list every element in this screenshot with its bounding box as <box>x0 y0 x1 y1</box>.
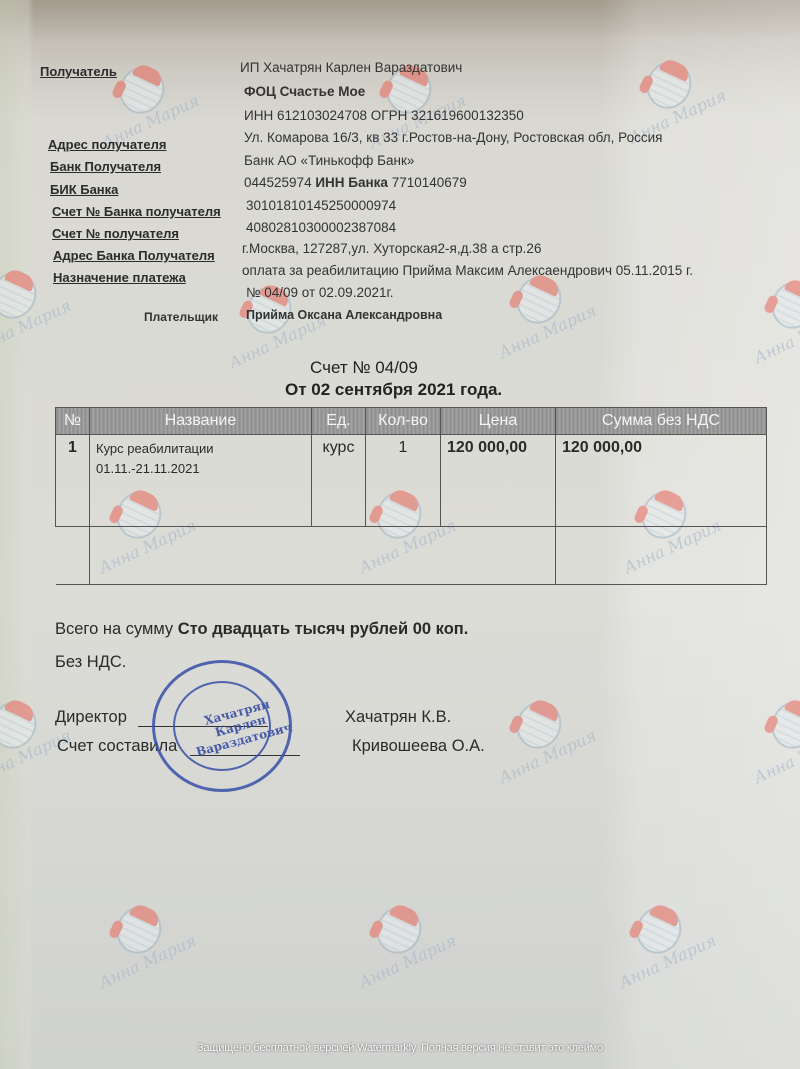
address-value: Ул. Комарова 16/3, кв 33 г.Ростов-на-Дон… <box>244 130 662 145</box>
purpose-line1: оплата за реабилитацию Прийма Максим Але… <box>242 263 693 278</box>
recipient-label: Получатель <box>40 64 117 79</box>
invoice-date: От 02 сентября 2021 года. <box>285 380 502 400</box>
col-unit: Ед. <box>312 408 366 435</box>
corr-account-label: Счет № Банка получателя <box>52 204 221 219</box>
director-name: Хачатрян К.В. <box>345 708 451 727</box>
invoice-title: Счет № 04/09 <box>310 358 418 378</box>
row-price: 120 000,00 <box>441 435 556 527</box>
bank-address-label: Адрес Банка Получателя <box>53 248 215 263</box>
table-row: 1 Курс реабилитации01.11.-21.11.2021 кур… <box>56 435 767 527</box>
col-qty: Кол-во <box>366 408 441 435</box>
account-label: Счет № получателя <box>52 226 179 241</box>
col-sum: Сумма без НДС <box>556 408 767 435</box>
composer-name: Кривошеева О.А. <box>352 737 485 756</box>
purpose-line2: № 04/09 от 02.09.2021г. <box>246 285 394 300</box>
payer-value: Прийма Оксана Александровна <box>246 308 442 322</box>
table-row-empty <box>56 527 767 585</box>
vat-note: Без НДС. <box>55 653 126 672</box>
table-header-row: № Название Ед. Кол-во Цена Сумма без НДС <box>56 408 767 435</box>
row-unit: курс <box>312 435 366 527</box>
row-sum: 120 000,00 <box>556 435 767 527</box>
purpose-label: Назначение платежа <box>53 270 186 285</box>
address-label: Адрес получателя <box>48 137 167 152</box>
recipient-value: ИП Хачатрян Карлен Вараздатович <box>240 60 462 75</box>
bank-address-value: г.Москва, 127287,ул. Хуторская2-я,д.38 а… <box>242 241 541 256</box>
invoice-table: № Название Ед. Кол-во Цена Сумма без НДС… <box>55 407 767 585</box>
corr-account-value: 30101810145250000974 <box>246 198 396 213</box>
row-name: Курс реабилитации01.11.-21.11.2021 <box>90 435 312 527</box>
director-label: Директор <box>55 708 127 727</box>
row-num: 1 <box>56 435 90 527</box>
account-value: 40802810300002387084 <box>246 220 396 235</box>
col-name: Название <box>90 408 312 435</box>
payer-label: Плательщик <box>144 310 218 324</box>
recipient-ids: ИНН 612103024708 ОГРН 321619600132350 <box>244 108 524 123</box>
bank-value: Банк АО «Тинькофф Банк» <box>244 153 414 168</box>
bik-label: БИК Банка <box>50 182 118 197</box>
company-stamp: ХачатрянКарленВараздатович <box>152 660 292 792</box>
col-num: № <box>56 408 90 435</box>
row-qty: 1 <box>366 435 441 527</box>
org-name: ФОЦ Счастье Мое <box>244 84 365 99</box>
total-amount: Всего на сумму Сто двадцать тысяч рублей… <box>55 620 468 639</box>
watermark-notice: Защищено бесплатной версией Watermarkly.… <box>0 1042 800 1054</box>
bank-label: Банк Получателя <box>50 159 161 174</box>
col-price: Цена <box>441 408 556 435</box>
bik-value: 044525974 ИНН Банка 7710140679 <box>244 175 467 190</box>
